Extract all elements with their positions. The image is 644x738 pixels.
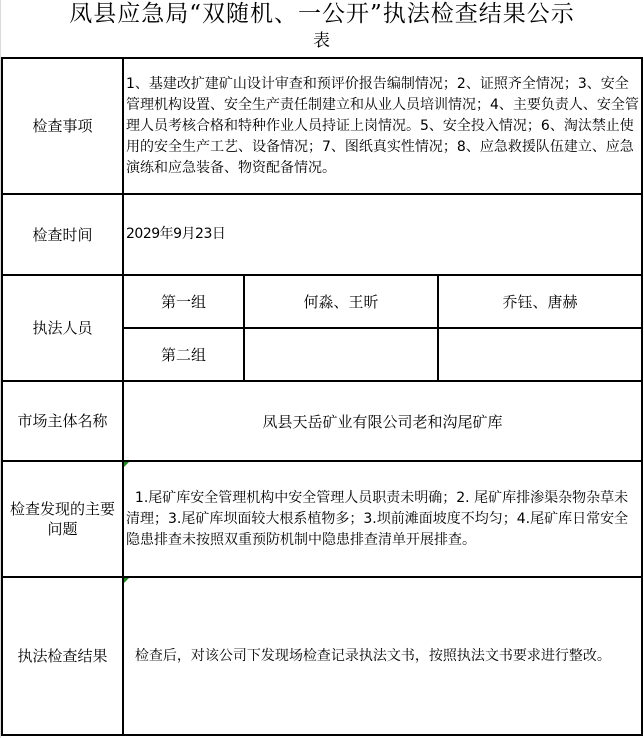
row-staff-group-1: 执法人员 第一组 何淼、王昕 乔钰、唐赫 — [2, 275, 642, 328]
main-problems-label[interactable]: 检查发现的主要问题 — [2, 461, 123, 577]
group-1-members-a[interactable]: 何淼、王昕 — [244, 275, 438, 328]
title-line-2: 表 — [2, 30, 642, 52]
row-market-entity: 市场主体名称 凤县天岳矿业有限公司老和沟尾矿库 — [2, 381, 642, 461]
group-2-members-b[interactable] — [438, 328, 642, 381]
main-problems-value[interactable]: 1.尾矿库安全管理机构中安全管理人员职责未明确；2. 尾矿库排渗渠杂物杂草未清理… — [123, 461, 642, 577]
enforcement-staff-label[interactable]: 执法人员 — [2, 275, 123, 381]
page-title: 凤县应急局“双随机、一公开”执法检查结果公示 表 — [2, 0, 642, 57]
group-1-name[interactable]: 第一组 — [123, 275, 244, 328]
row-inspection-time: 检查时间 2029年9月23日 — [2, 194, 642, 275]
row-result: 执法检查结果 检查后，对该公司下发现场检查记录执法文书，按照执法文书要求进行整改… — [2, 577, 642, 735]
inspection-items-label[interactable]: 检查事项 — [2, 58, 123, 194]
inspection-result-table: 检查事项 1、基建改扩建矿山设计审查和预评价报告编制情况；2、证照齐全情况；3、… — [1, 57, 643, 736]
inspection-time-label[interactable]: 检查时间 — [2, 194, 123, 275]
inspection-time-value[interactable]: 2029年9月23日 — [123, 194, 642, 275]
group-2-name[interactable]: 第二组 — [123, 328, 244, 381]
market-entity-label[interactable]: 市场主体名称 — [2, 381, 123, 461]
title-line-1: 凤县应急局“双随机、一公开”执法检查结果公示 — [2, 0, 642, 30]
inspection-items-value[interactable]: 1、基建改扩建矿山设计审查和预评价报告编制情况；2、证照齐全情况；3、安全管理机… — [123, 58, 642, 194]
group-1-members-b[interactable]: 乔钰、唐赫 — [438, 275, 642, 328]
row-main-problems: 检查发现的主要问题 1.尾矿库安全管理机构中安全管理人员职责未明确；2. 尾矿库… — [2, 461, 642, 577]
row-inspection-items: 检查事项 1、基建改扩建矿山设计审查和预评价报告编制情况；2、证照齐全情况；3、… — [2, 58, 642, 194]
group-2-members-a[interactable] — [244, 328, 438, 381]
result-label[interactable]: 执法检查结果 — [2, 577, 123, 735]
result-value[interactable]: 检查后，对该公司下发现场检查记录执法文书，按照执法文书要求进行整改。 — [123, 577, 642, 735]
market-entity-value[interactable]: 凤县天岳矿业有限公司老和沟尾矿库 — [123, 381, 642, 461]
